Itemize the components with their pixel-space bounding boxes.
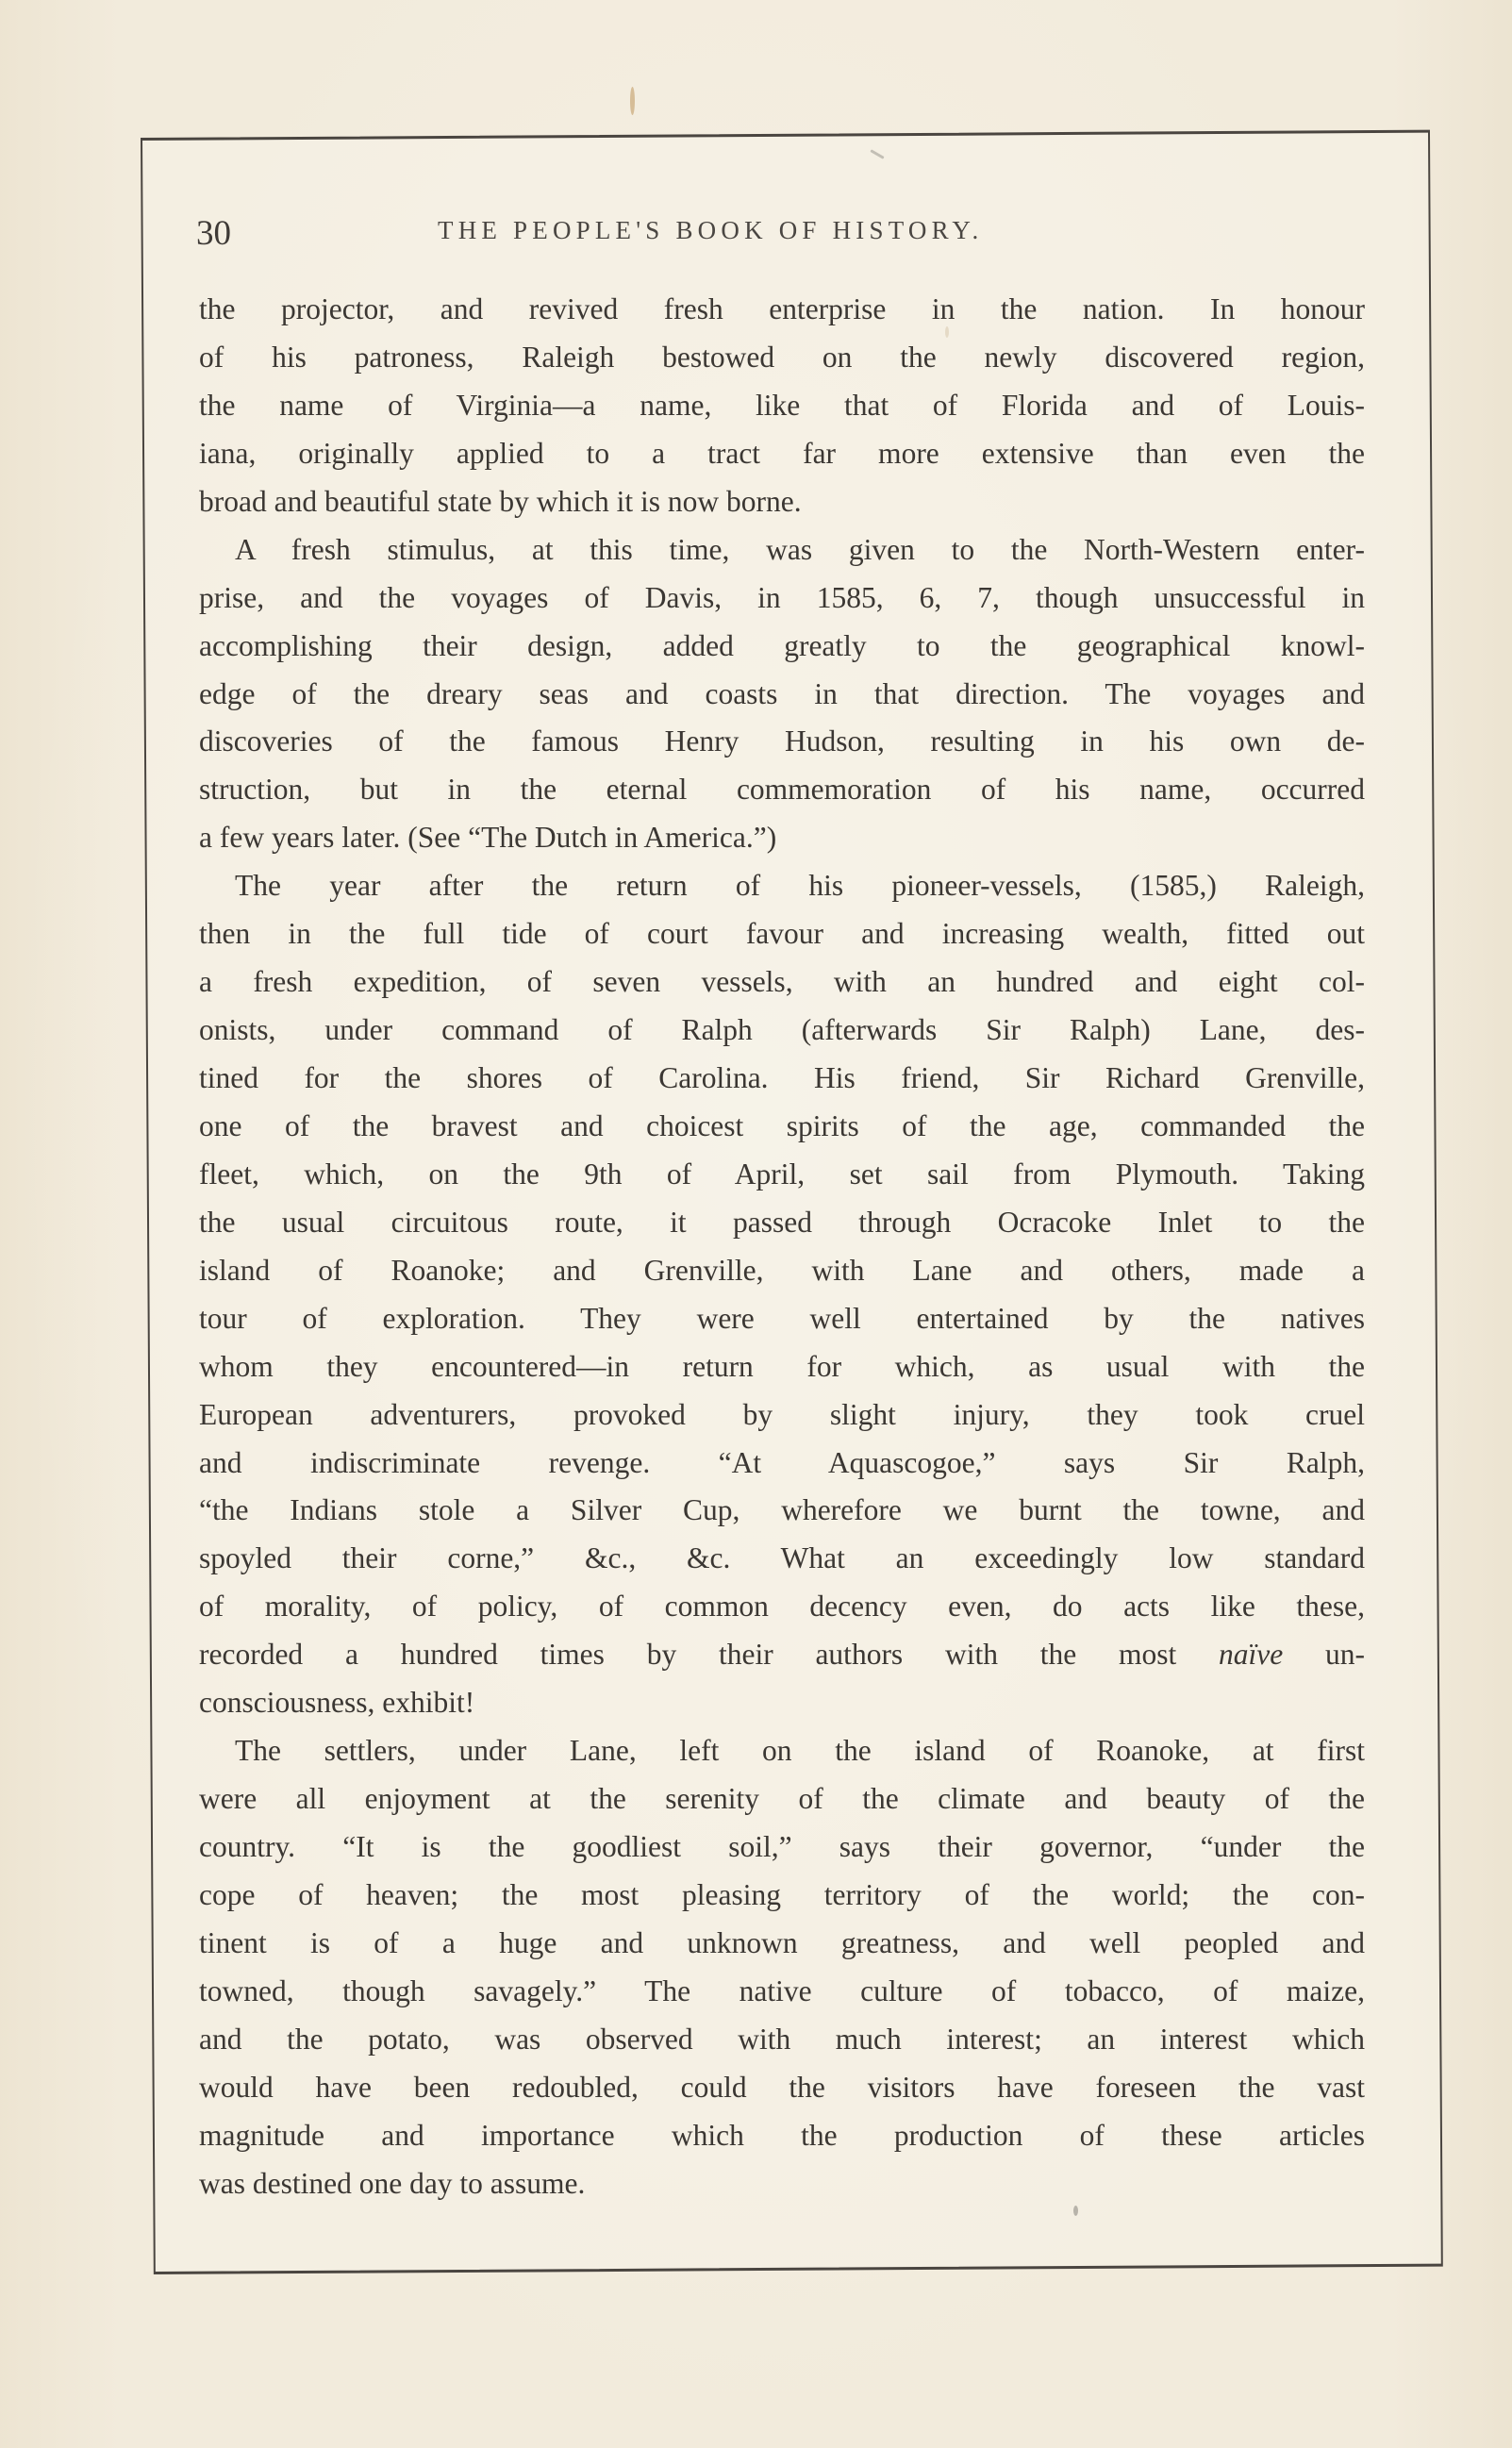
text-line: accomplishing their design, added greatl…	[199, 623, 1365, 671]
text-line: consciousness, exhibit!	[199, 1679, 1365, 1727]
text-line: tinent is of a huge and unknown greatnes…	[199, 1920, 1365, 1968]
text-line: and indiscriminate revenge. “At Aquascog…	[199, 1440, 1365, 1488]
text-line: were all enjoyment at the serenity of th…	[199, 1775, 1365, 1824]
paper-stain	[630, 87, 635, 115]
text-line: would have been redoubled, could the vis…	[199, 2064, 1365, 2112]
text-line: a fresh expedition, of seven vessels, wi…	[199, 958, 1365, 1007]
text-line: recorded a hundred times by their author…	[199, 1631, 1365, 1679]
body-text: the projector, and revived fresh enterpr…	[199, 286, 1365, 2208]
text-line: magnitude and importance which the produ…	[199, 2112, 1365, 2160]
text-line: edge of the dreary seas and coasts in th…	[199, 671, 1365, 719]
text-line: prise, and the voyages of Davis, in 1585…	[199, 575, 1365, 623]
text-line: one of the bravest and choicest spirits …	[199, 1103, 1365, 1151]
text-line: the name of Virginia—a name, like that o…	[199, 382, 1365, 430]
text-line: broad and beautiful state by which it is…	[199, 478, 1365, 526]
text-line: cope of heaven; the most pleasing territ…	[199, 1872, 1365, 1920]
text-line: then in the full tide of court favour an…	[199, 910, 1365, 958]
text-line: European adventurers, provoked by slight…	[199, 1391, 1365, 1440]
text-line: The settlers, under Lane, left on the is…	[199, 1727, 1365, 1775]
paragraph: The year after the return of his pioneer…	[199, 862, 1365, 1727]
running-head: 30 THE PEOPLE'S BOOK OF HISTORY.	[0, 206, 1512, 253]
text-line: discoveries of the famous Henry Hudson, …	[199, 718, 1365, 766]
page-number: 30	[196, 215, 231, 253]
running-title: THE PEOPLE'S BOOK OF HISTORY.	[438, 211, 984, 249]
text-line: and the potato, was observed with much i…	[199, 2016, 1365, 2064]
text-line: fleet, which, on the 9th of April, set s…	[199, 1151, 1365, 1199]
text-line: tined for the shores of Carolina. His fr…	[199, 1055, 1365, 1103]
text-line: the usual circuitous route, it passed th…	[199, 1199, 1365, 1247]
paragraph: the projector, and revived fresh enterpr…	[199, 286, 1365, 526]
text-line: island of Roanoke; and Grenville, with L…	[199, 1247, 1365, 1295]
text-line: a few years later. (See “The Dutch in Am…	[199, 814, 1365, 862]
text-line: A fresh stimulus, at this time, was give…	[199, 526, 1365, 575]
text-line: was destined one day to assume.	[199, 2160, 1365, 2208]
text-line: towned, though savagely.” The native cul…	[199, 1968, 1365, 2016]
paragraph: A fresh stimulus, at this time, was give…	[199, 526, 1365, 863]
text-line: spoyled their corne,” &c., &c. What an e…	[199, 1535, 1365, 1583]
text-line: tour of exploration. They were well ente…	[199, 1295, 1365, 1343]
text-line: The year after the return of his pioneer…	[199, 862, 1365, 910]
italic-word: naïve	[1219, 1638, 1283, 1671]
text-line: iana, originally applied to a tract far …	[199, 430, 1365, 478]
text-line: onists, under command of Ralph (afterwar…	[199, 1007, 1365, 1055]
text-line: the projector, and revived fresh enterpr…	[199, 286, 1365, 334]
text-line: “the Indians stole a Silver Cup, wherefo…	[199, 1487, 1365, 1535]
text-line: of morality, of policy, of common decenc…	[199, 1583, 1365, 1631]
text-line: struction, but in the eternal commemorat…	[199, 766, 1365, 814]
text-line: of his patroness, Raleigh bestowed on th…	[199, 334, 1365, 382]
text-line: country. “It is the goodliest soil,” say…	[199, 1824, 1365, 1872]
text-line: whom they encountered—in return for whic…	[199, 1343, 1365, 1391]
paragraph: The settlers, under Lane, left on the is…	[199, 1727, 1365, 2207]
